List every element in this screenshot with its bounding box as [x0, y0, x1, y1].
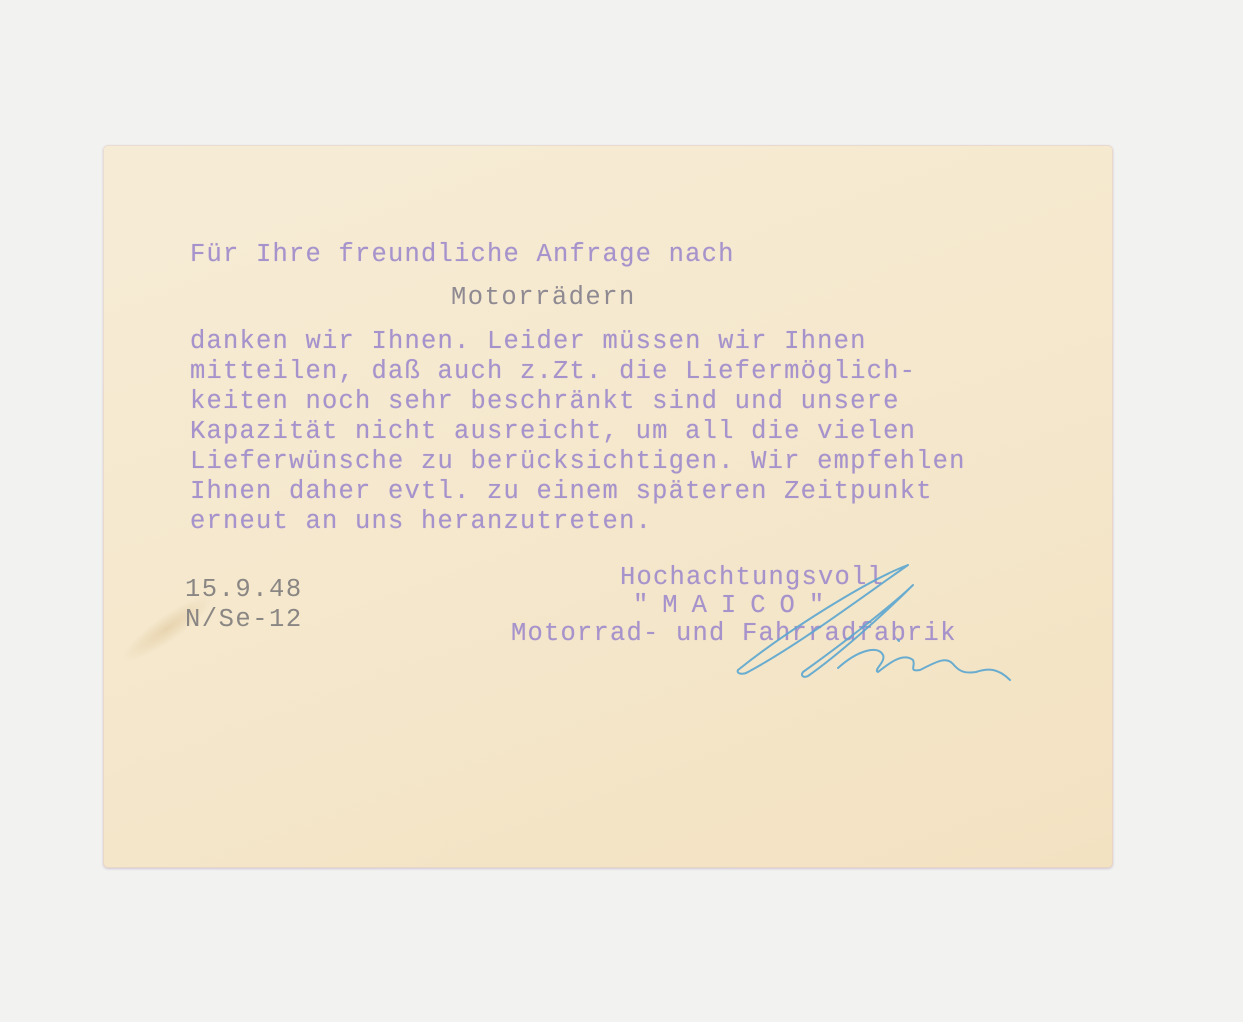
body-line-2: mitteilen, daß auch z.Zt. die Liefermögl…	[190, 357, 916, 387]
body-line-1: danken wir Ihnen. Leider müssen wir Ihne…	[190, 327, 867, 357]
body-line-5: Lieferwünsche zu berücksichtigen. Wir em…	[190, 447, 966, 477]
body-line-6: Ihnen daher evtl. zu einem späteren Zeit…	[190, 477, 933, 507]
body-line-7: erneut an uns heranzutreten.	[190, 507, 652, 537]
body-line-3: keiten noch sehr beschränkt sind und uns…	[190, 387, 900, 417]
signature-icon	[708, 560, 1038, 700]
letter-reference: N/Se-12	[185, 605, 303, 635]
letter-card: Für Ihre freundliche Anfrage nach Motorr…	[103, 145, 1113, 868]
greeting-line: Für Ihre freundliche Anfrage nach	[190, 240, 735, 270]
body-line-4: Kapazität nicht ausreicht, um all die vi…	[190, 417, 916, 447]
subject-line: Motorrädern	[451, 283, 636, 313]
letter-date: 15.9.48	[185, 575, 303, 605]
